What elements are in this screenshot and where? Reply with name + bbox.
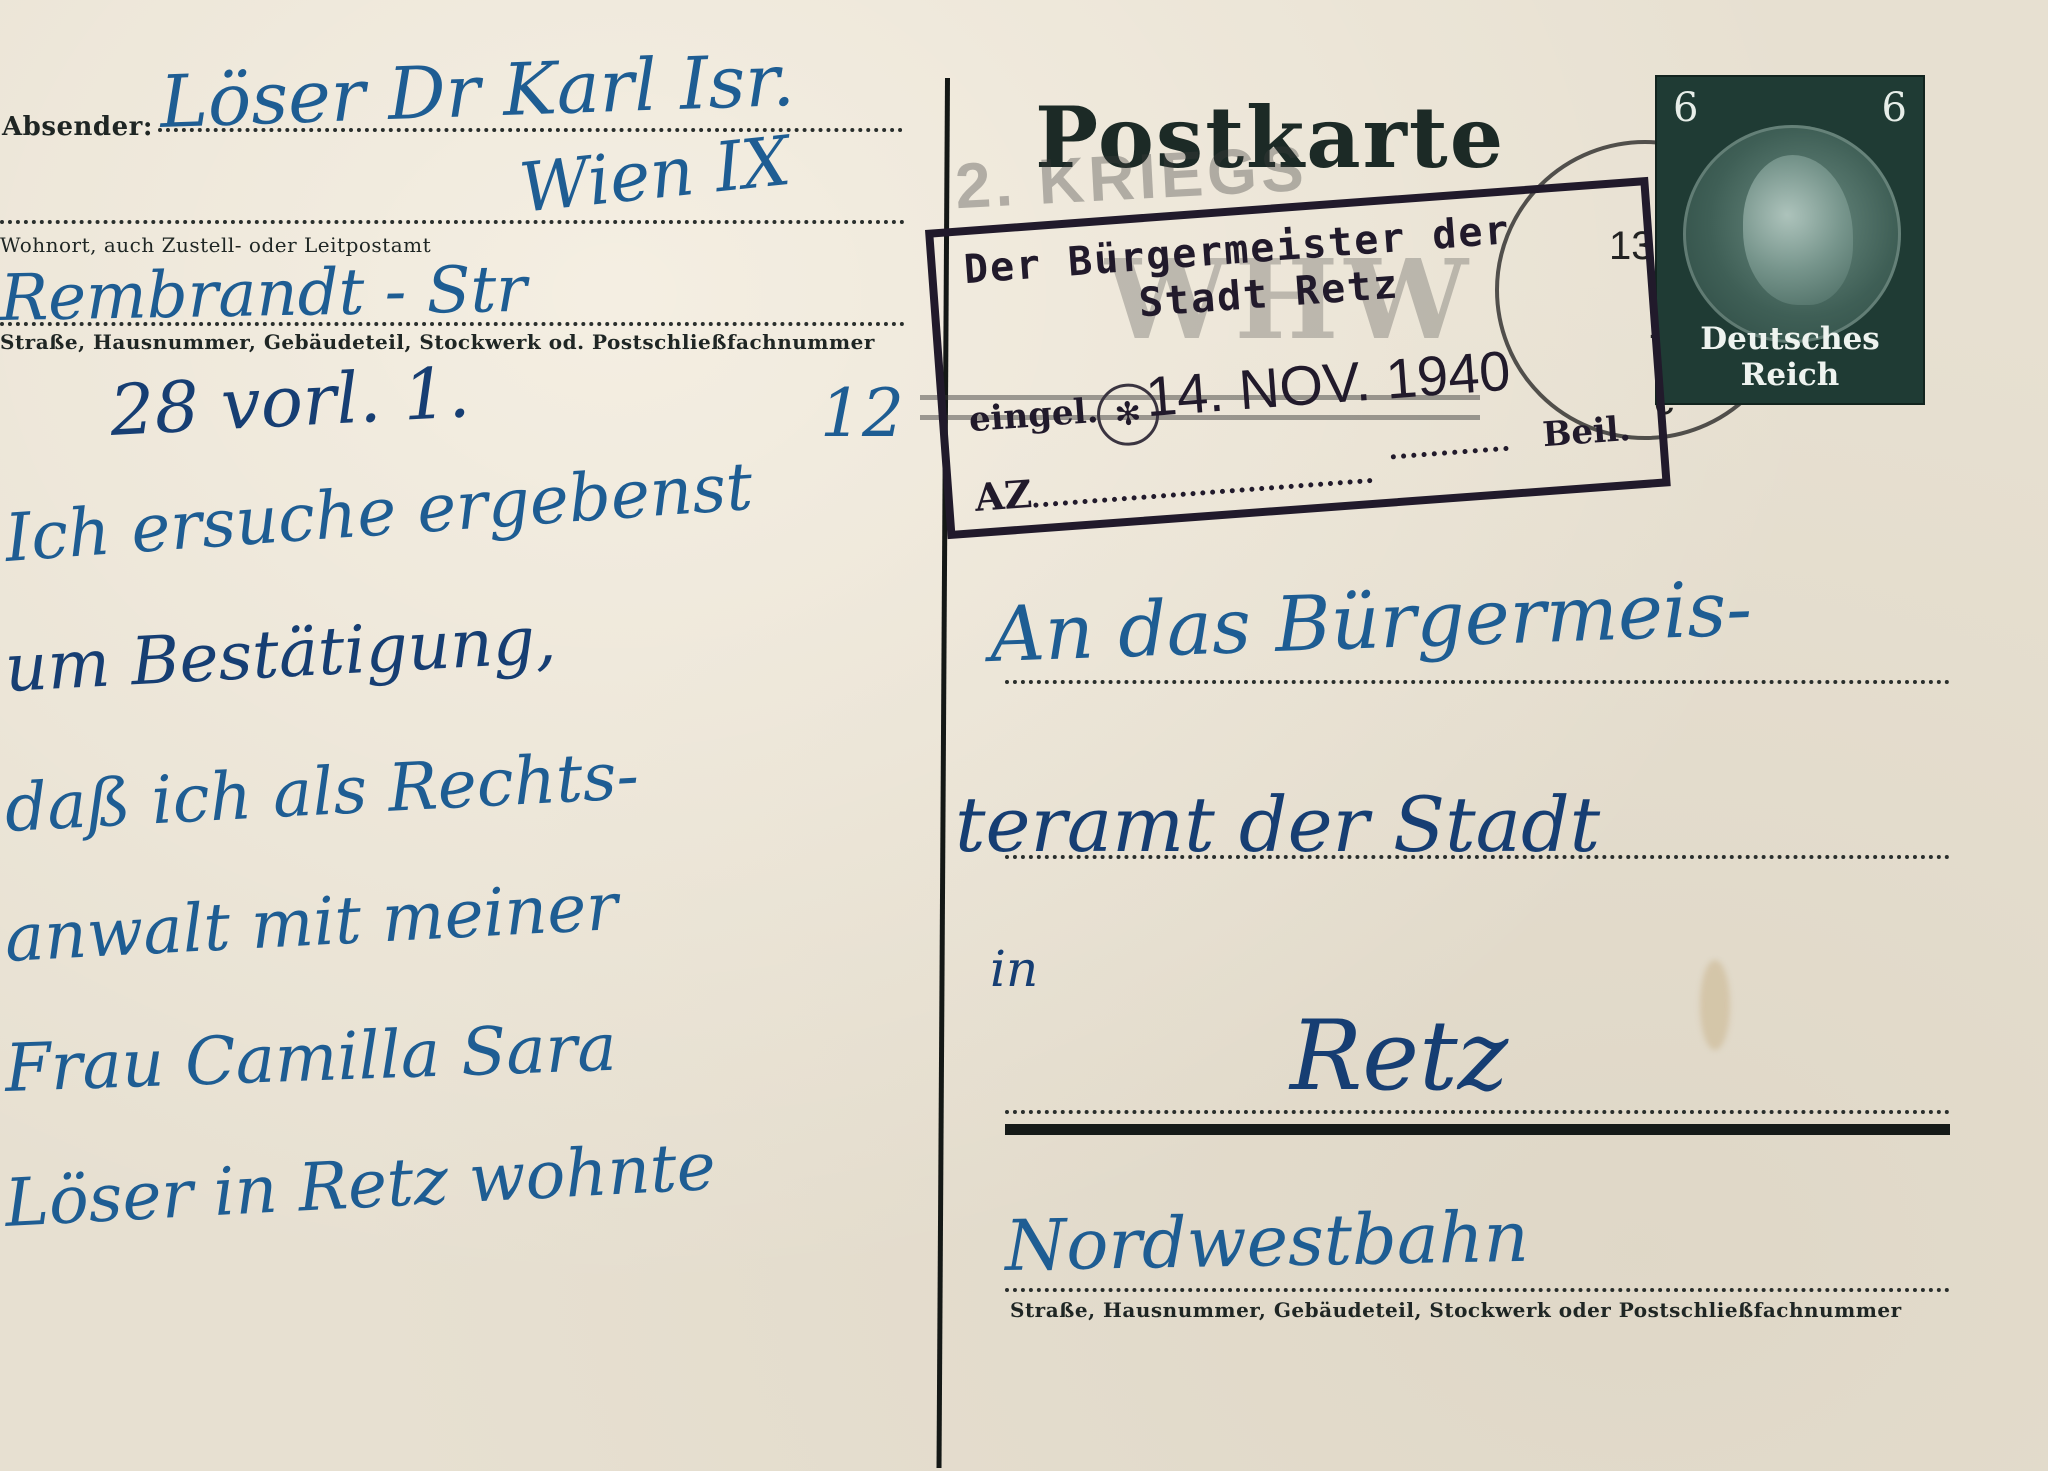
handwritten-sender-city: Wien IX: [516, 122, 794, 229]
postcard: Postkarte Absender: Löser Dr Karl Isr. W…: [0, 0, 2048, 1471]
strasse-line: [0, 322, 905, 326]
recipient-line1: An das Bürgermeis-: [988, 563, 1753, 679]
message-line: daß ich als Rechts-: [3, 737, 641, 847]
recipient-city: Retz: [1290, 1000, 1508, 1112]
wohnort-label: Wohnort, auch Zustell- oder Leitpostamt: [0, 233, 431, 257]
wohnort-line: [0, 220, 905, 224]
message-line: Ich ersuche ergebenst: [2, 448, 755, 577]
recipient-in-prefix: in: [990, 940, 1038, 998]
handwritten-house-number: 28 vorl. 1.: [108, 351, 472, 452]
reference-prefix: AZ: [973, 471, 1033, 520]
attachments-label: Beil.: [1541, 409, 1632, 455]
paper-stain: [1700, 960, 1730, 1050]
received-label: eingel.: [968, 391, 1100, 440]
message-line: um Bestätigung,: [3, 601, 558, 707]
strasse-label: Straße, Hausnummer, Gebäudeteil, Stockwe…: [0, 330, 875, 354]
recipient-dotted-line: [1005, 1288, 1950, 1292]
recipient-dotted-line: [1005, 1110, 1950, 1114]
message-line: anwalt mit meiner: [3, 868, 620, 977]
recipient-dotted-line: [1005, 680, 1950, 684]
recipient-dotted-line: [1005, 855, 1950, 859]
postage-stamp: 6 6 Deutsches Reich: [1655, 75, 1925, 405]
recipient-line4: Nordwestbahn: [1004, 1196, 1529, 1287]
message-line: Löser in Retz wohnte: [3, 1128, 718, 1242]
portrait-head-icon: [1743, 155, 1853, 305]
attachments-line: [1391, 446, 1509, 460]
stamp-country: Deutsches Reich: [1657, 321, 1923, 393]
handwritten-mark: 12: [820, 375, 904, 452]
absender-label: Absender:: [2, 112, 153, 142]
stamp-value-right: 6: [1882, 85, 1907, 131]
receipt-stamp: Der Bürgermeister der Stadt Retz eingel.…: [925, 177, 1671, 539]
portrait-medallion-icon: [1683, 125, 1901, 343]
received-date: 14. NOV. 1940: [1143, 338, 1512, 430]
reference-line: [1033, 478, 1372, 508]
stamp-value-left: 6: [1673, 85, 1698, 131]
recipient-strasse-label: Straße, Hausnummer, Gebäudeteil, Stockwe…: [1010, 1298, 1902, 1322]
recipient-city-underline: [1005, 1124, 1950, 1135]
message-line: Frau Camilla Sara: [4, 1009, 618, 1107]
